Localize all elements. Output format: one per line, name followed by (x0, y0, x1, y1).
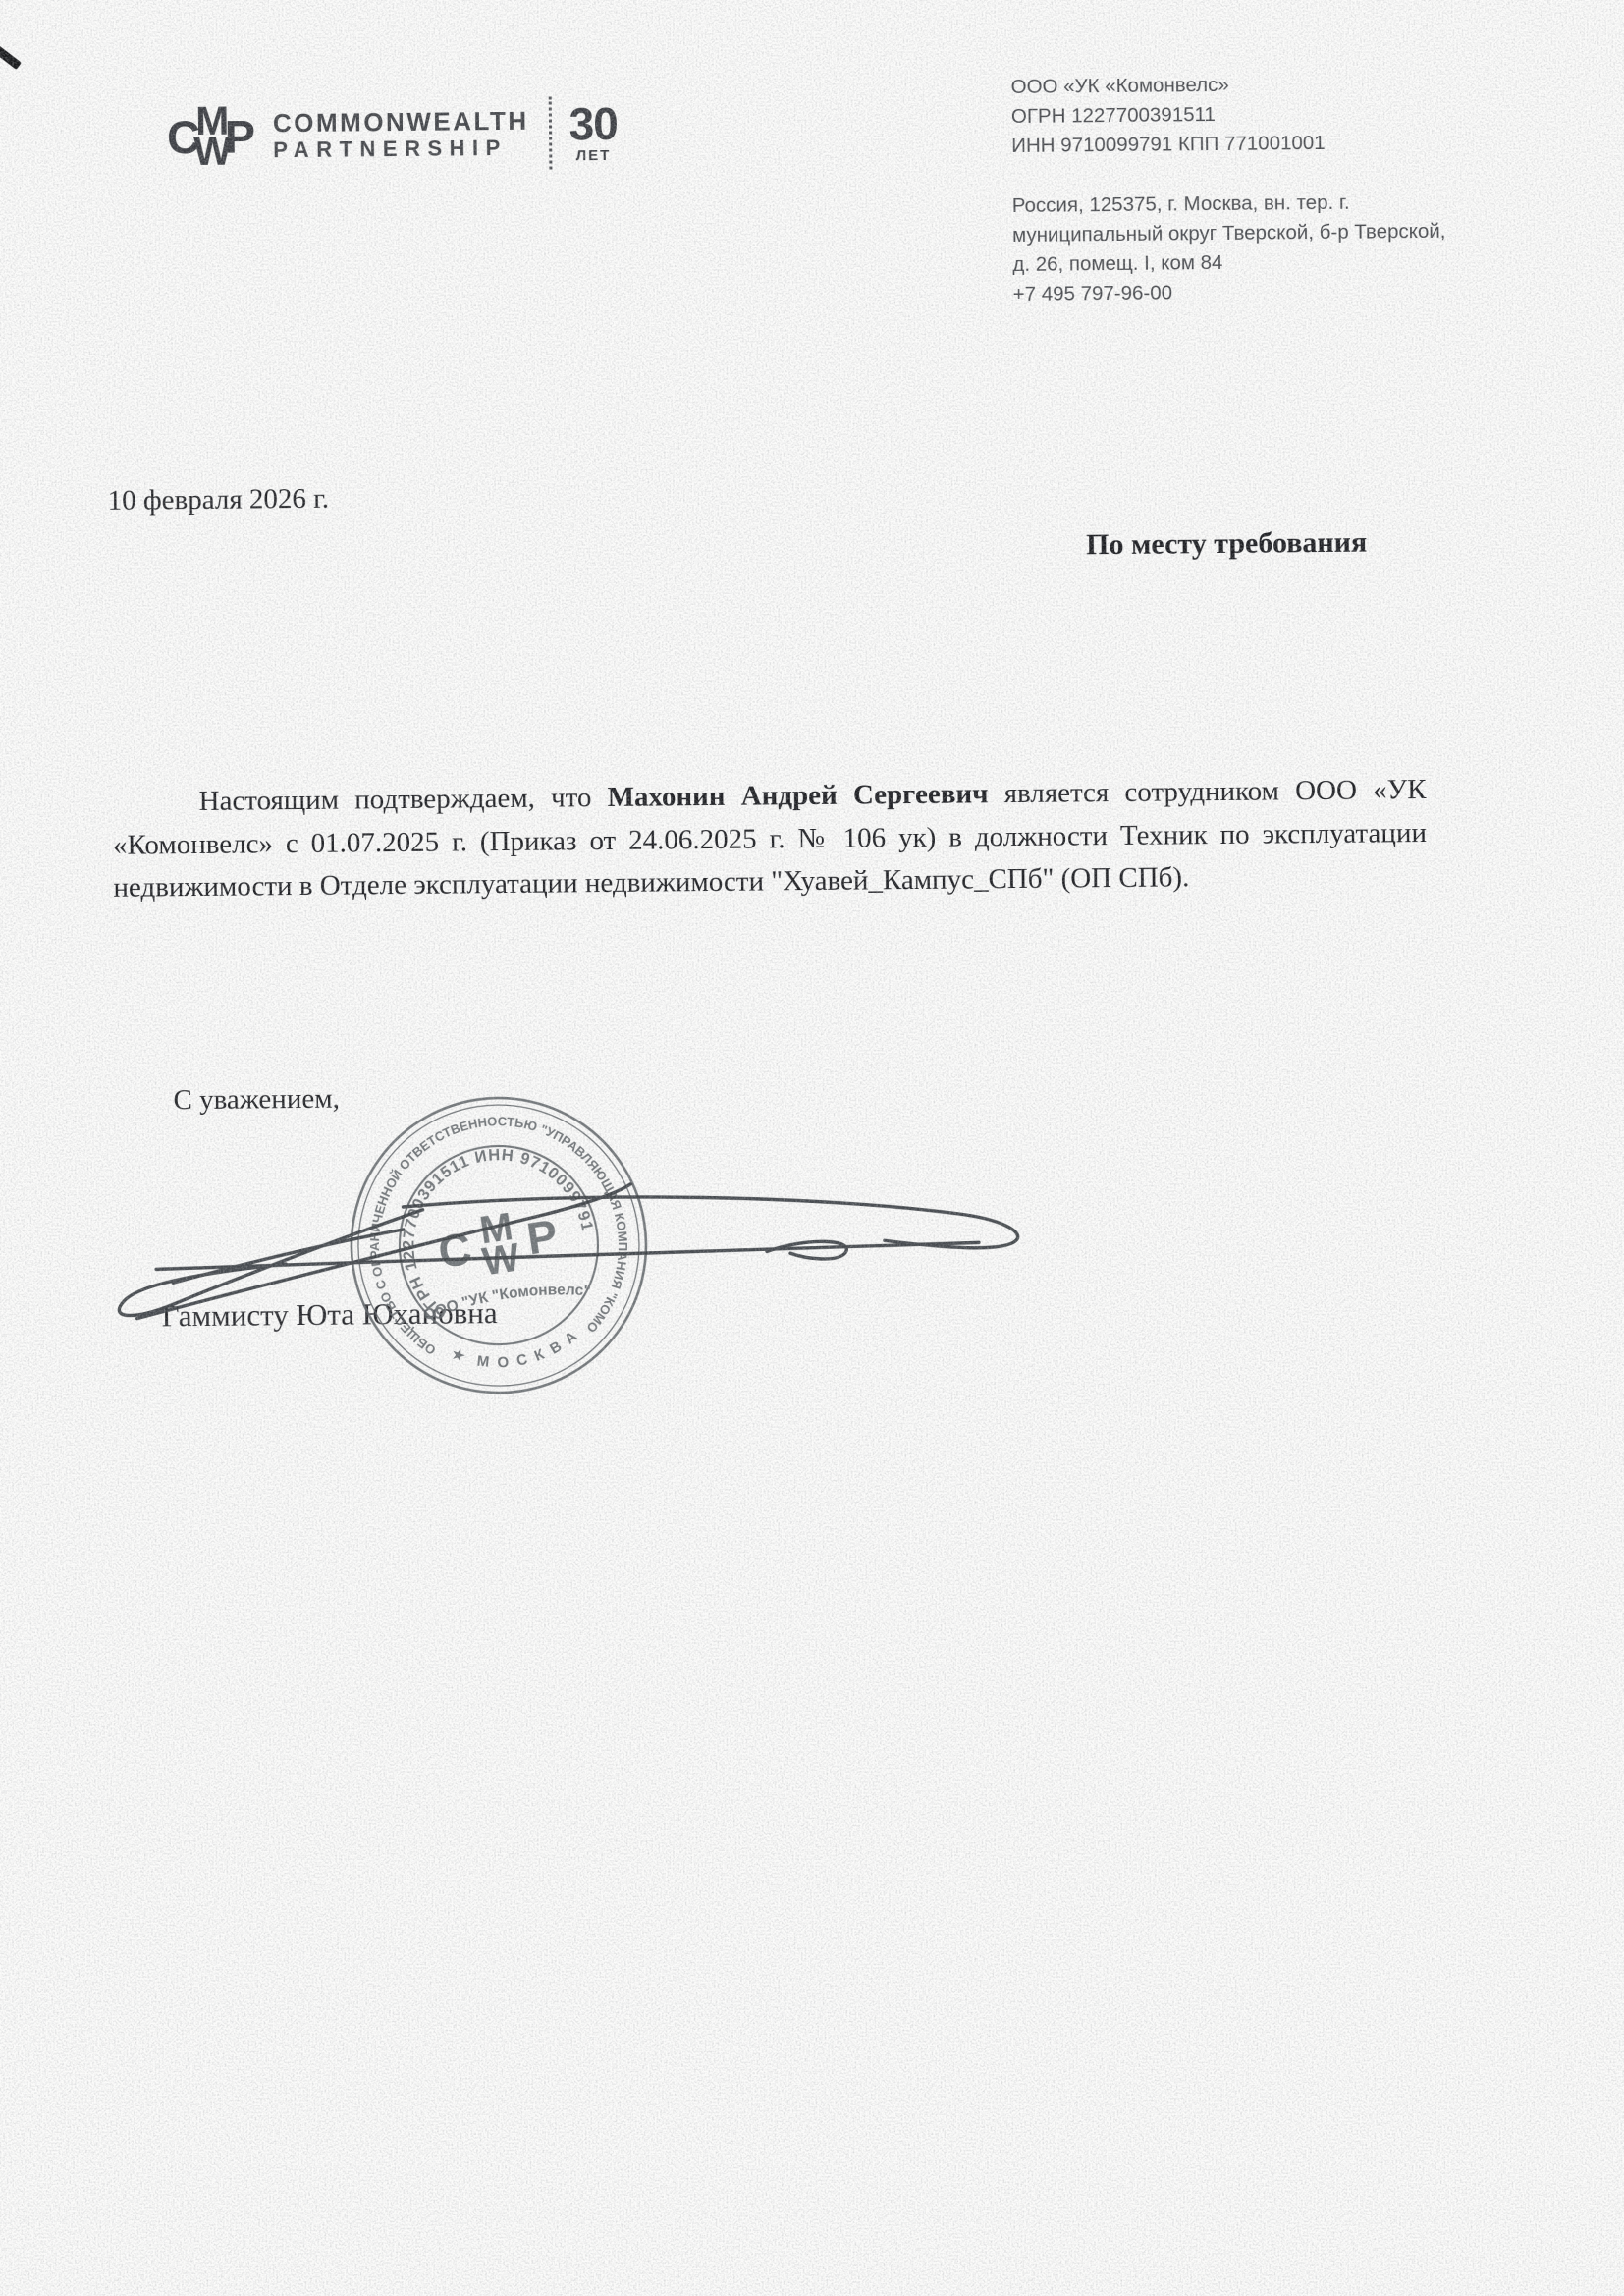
logo-wordmark-line1: COMMONWEALTH (273, 106, 529, 138)
address-line-3: д. 26, помещ. I, ком 84 (1012, 246, 1446, 280)
address-line-2: муниципальный округ Тверской, б-р Тверск… (1012, 217, 1446, 250)
logo-wordmark: COMMONWEALTH PARTNERSHIP (273, 106, 529, 163)
signature (79, 1118, 1043, 1352)
anniversary-badge: 30 ЛЕТ (568, 101, 618, 163)
logo-letter-p: P (225, 113, 254, 159)
letter-body-paragraph: Настоящим подтверждаем, что Махонин Андр… (112, 769, 1427, 909)
letter-date: 10 февраля 2026 г. (107, 483, 329, 518)
scanned-letter-page: C M W P COMMONWEALTH PARTNERSHIP 30 ЛЕТ … (0, 0, 1624, 2296)
employee-name: Махонин Андрей Сергеевич (607, 778, 988, 813)
company-name: ООО «УК «Комонвелс» (1010, 69, 1444, 102)
letter-closing: С уважением, (173, 1083, 340, 1118)
company-inn-kpp: ИНН 9710099791 КПП 771001001 (1011, 128, 1445, 161)
company-phone: +7 495 797-96-00 (1013, 276, 1447, 309)
company-logo: C M W P COMMONWEALTH PARTNERSHIP 30 ЛЕТ (167, 96, 618, 173)
anniversary-unit: ЛЕТ (576, 146, 612, 163)
company-requisites: ООО «УК «Комонвелс» ОГРН 1227700391511 И… (1010, 69, 1446, 309)
address-line-1: Россия, 125375, г. Москва, вн. тер. г. (1012, 188, 1446, 221)
letter-addressee: По месту требования (1086, 526, 1367, 563)
company-address: Россия, 125375, г. Москва, вн. тер. г. м… (1012, 188, 1447, 309)
body-text-before-name: Настоящим подтверждаем, что (198, 782, 607, 817)
logo-divider (548, 97, 552, 170)
scan-artifact-mark (0, 45, 22, 70)
anniversary-number: 30 (568, 101, 618, 144)
company-ogrn: ОГРН 1227700391511 (1011, 98, 1445, 132)
logo-wordmark-line2: PARTNERSHIP (273, 136, 529, 164)
cmwp-logo-icon: C M W P (167, 105, 254, 167)
